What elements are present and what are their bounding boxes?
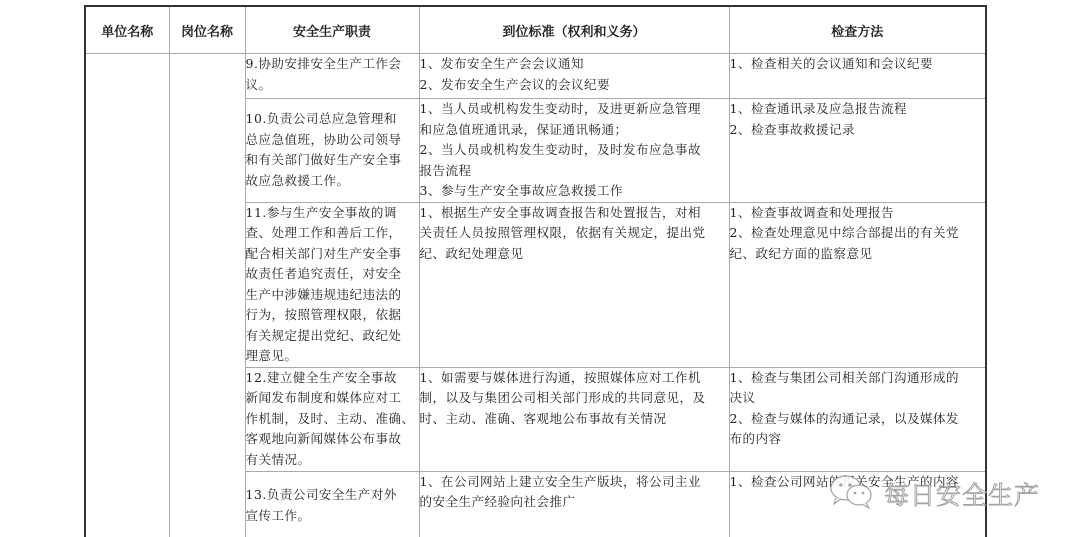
duty-cell: 11.参与生产安全事故的调 查、处理工作和善后工作， 配合相关部门对生产安全事 … [245, 202, 419, 367]
standard-cell: 1、当人员或机构发生变动时，及进更新应急管理 和应急值班通讯录，保证通讯畅通； … [419, 99, 729, 203]
standard-cell: 1、发布安全生产会会议通知 2、发布安全生产会议的会议纪要 [419, 54, 729, 99]
duty-cell: 13.负责公司安全生产对外 宣传工作。 [245, 471, 419, 537]
table-row: 9.协助安排安全生产工作会 议。 1、发布安全生产会会议通知 2、发布安全生产会… [85, 54, 986, 99]
table-header-row: 单位名称 岗位名称 安全生产职责 到位标准（权利和义务） 检查方法 [85, 6, 986, 54]
header-post-name: 岗位名称 [169, 6, 245, 54]
check-cell: 1、检查事故调查和处理报告 2、检查处理意见中综合部提出的有关党 纪、政纪方面的… [729, 202, 986, 367]
duty-cell: 10.负责公司总应急管理和 总应急值班，协助公司领导 和有关部门做好生产安全事 … [245, 99, 419, 203]
header-safety-duty: 安全生产职责 [245, 6, 419, 54]
standard-cell: 1、在公司网站上建立安全生产版块，将公司主业 的安全生产经验向社会推广 [419, 471, 729, 537]
duty-cell: 9.协助安排安全生产工作会 议。 [245, 54, 419, 99]
header-unit-name: 单位名称 [85, 6, 169, 54]
header-check-method: 检查方法 [729, 6, 986, 54]
standard-cell: 1、根据生产安全事故调查报告和处置报告，对相 关责任人员按照管理权限，依据有关规… [419, 202, 729, 367]
safety-responsibility-table: 单位名称 岗位名称 安全生产职责 到位标准（权利和义务） 检查方法 9.协助安排… [84, 5, 987, 537]
standard-cell: 1、如需要与媒体进行沟通，按照媒体应对工作机 制，以及与集团公司相关部门形成的共… [419, 367, 729, 471]
check-cell: 1、检查与集团公司相关部门沟通形成的 决议 2、检查与媒体的沟通记录，以及媒体发… [729, 367, 986, 471]
check-cell: 1、检查通讯录及应急报告流程 2、检查事故救援记录 [729, 99, 986, 203]
duty-cell: 12.建立健全生产安全事故 新闻发布制度和媒体应对工 作机制，及时、主动、准确、… [245, 367, 419, 471]
header-standard: 到位标准（权利和义务） [419, 6, 729, 54]
post-name-cell [169, 54, 245, 537]
check-cell: 1、检查公司网站的相关安全生产的内容 [729, 471, 986, 537]
unit-name-cell [85, 54, 169, 537]
check-cell: 1、检查相关的会议通知和会议纪要 [729, 54, 986, 99]
